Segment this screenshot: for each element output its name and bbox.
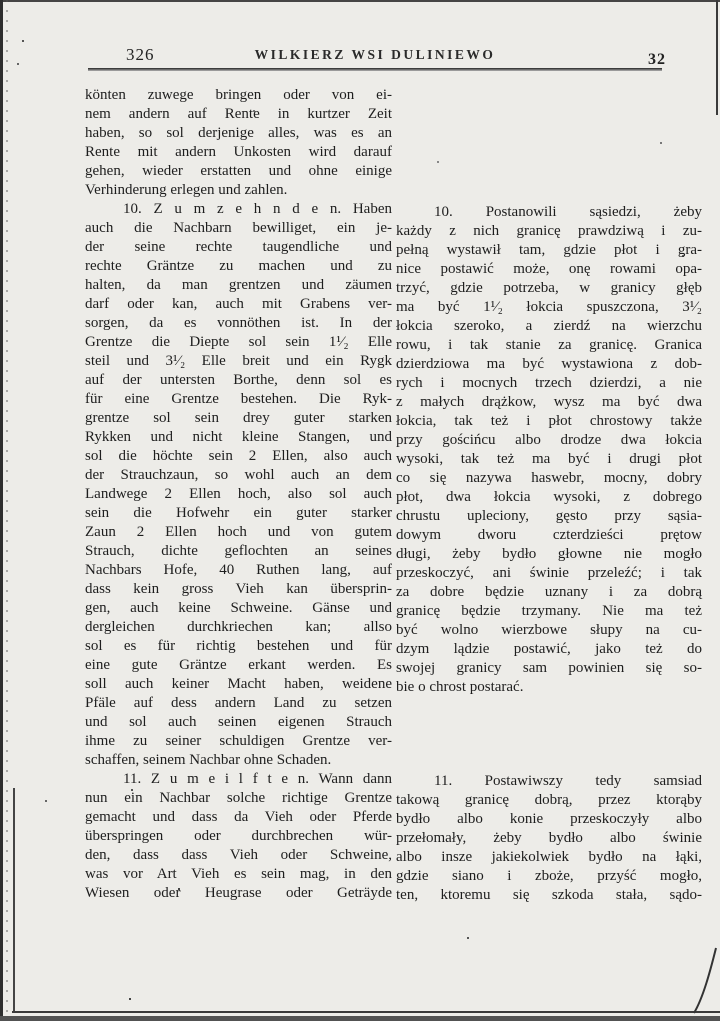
text-line: dergleichen durchkriechen kan; allso xyxy=(85,618,392,637)
text-line: 10. Postanowili sąsiedzi, żeby xyxy=(396,203,702,222)
text-line: Zaun 2 Ellen hoch und von gutem xyxy=(85,523,392,542)
text-line: chrustu upleciony, gęsto przy sąsia- xyxy=(396,507,702,526)
text-line: Landwege 2 Ellen hoch, also sol auch xyxy=(85,485,392,504)
text-line: rych i mocnych trzech dzierdzi, a nie xyxy=(396,374,702,393)
text-line: ma być 1¹⁄₂ łokcia spuszczona, 3¹⁄₂ xyxy=(396,298,702,317)
text-line: swojej granicy sam powinien się so- xyxy=(396,659,702,678)
page-number-right: 32 xyxy=(648,51,666,69)
text-line: sol die höchte sein 2 Ellen, also auch xyxy=(85,447,392,466)
text-line: Grentze die Diepte sol sein 1¹⁄₂ Elle xyxy=(85,333,392,352)
text-line: dzierdziowa ma być wystawiona z dob- xyxy=(396,355,702,374)
text-line: długi, żeby bydło głowne nie mogło xyxy=(396,545,702,564)
scan-edge-bottom-line xyxy=(12,1011,720,1013)
text-line: 10. Z u m z e h n d e n. Haben xyxy=(85,200,392,219)
text-line: auch die Nachbarn bewilliget, ein je- xyxy=(85,219,392,238)
text-line: płot, dwa łokcia wysoki, z dobrego xyxy=(396,488,702,507)
text-line: soll auch keiner Macht haben, weidene xyxy=(85,675,392,694)
text-line: schaffen, seinem Nachbar ohne Schaden. xyxy=(85,751,392,770)
header-rule xyxy=(88,68,662,71)
text-line: überspringen oder durchbrechen wür- xyxy=(85,827,392,846)
scan-edge-right xyxy=(716,0,718,115)
text-line: nice postawić może, onę rowami opa- xyxy=(396,260,702,279)
text-line: rechte Gräntze zu machen und zu xyxy=(85,257,392,276)
text-line: przełomały, żeby bydło albo świnie xyxy=(396,829,702,848)
text-line: sol es für richtig bestehen und für xyxy=(85,637,392,656)
text-line: pełną wystawił tam, gdzie płot i gra- xyxy=(396,241,702,260)
text-line: halten, da man grentzen und zäumen xyxy=(85,276,392,295)
scan-edge-left xyxy=(0,0,3,1021)
text-line: dowym dworu czterdzieści prętow xyxy=(396,526,702,545)
text-line: steil und 3¹⁄₂ Elle breit und ein Rygk xyxy=(85,352,392,371)
text-line: gemacht und dass da Vieh oder Pferde xyxy=(85,808,392,827)
scan-specks xyxy=(0,0,2,2)
polish-paragraph-11: 11. Postawiwszy tedy samsiadtakową grani… xyxy=(396,772,702,905)
text-line: 11. Postawiwszy tedy samsiad xyxy=(396,772,702,791)
text-line: Rente mit andern Unkosten wird darauf xyxy=(85,143,392,162)
text-line: być wolno wierzbowe słupy na cu- xyxy=(396,621,702,640)
text-line: der seine rechte taugendliche und xyxy=(85,238,392,257)
text-line: Pfäle auf dess andern Land zu setzen xyxy=(85,694,392,713)
text-line: Verhinderung erlegen und zahlen. xyxy=(85,181,392,200)
text-line: trzyć, gdzie potrzeba, w granicy głęb xyxy=(396,279,702,298)
text-line: was vor Art Vieh es sein mag, in den xyxy=(85,865,392,884)
text-line: könten zuwege bringen oder von ei- xyxy=(85,86,392,105)
text-line: łokcia, tak też i płot chrostowy także xyxy=(396,412,702,431)
scan-edge-left-speckle xyxy=(6,0,8,1021)
text-line: albo insze jakiekolwiek bydło na łąki, xyxy=(396,848,702,867)
german-paragraph-10: 10. Z u m z e h n d e n. Habenauch die N… xyxy=(85,200,392,770)
text-line: przeskoczyć, ani świnie przeleźć; i tak xyxy=(396,564,702,583)
text-line: und sol auch seinen eigenen Strauch xyxy=(85,713,392,732)
text-line: co się nazywa haswebr, mocny, dobry xyxy=(396,469,702,488)
scan-edge-left-inner-line xyxy=(13,788,15,1012)
text-line: z małych drążkow, wysz ma być dwa xyxy=(396,393,702,412)
text-line: grentze sol sein drey guter starken xyxy=(85,409,392,428)
polish-paragraph-10: 10. Postanowili sąsiedzi, żebykażdy z ni… xyxy=(396,203,702,697)
text-line: bydło albo konie przeskoczyły albo xyxy=(396,810,702,829)
text-line: darf oder kan, auch mit Grabens ver- xyxy=(85,295,392,314)
text-line: eine gute Gräntze erkant werden. Es xyxy=(85,656,392,675)
running-title: WILKIERZ WSI DULINIEWO xyxy=(88,47,662,63)
text-line: Rykken und nicht kleine Stangen, und xyxy=(85,428,392,447)
text-line: gdzie siano i zboże, przyść mogło, xyxy=(396,867,702,886)
text-line: łokcia szeroko, a zierdź na wierzchu xyxy=(396,317,702,336)
text-line: auf der untersten Borthe, denn sol es xyxy=(85,371,392,390)
text-line: każdy z nich granicę prawdziwą i zu- xyxy=(396,222,702,241)
text-line: wysoki, tak też ma być i drugi płot xyxy=(396,450,702,469)
text-line: den, dass dass Vieh oder Schweine, xyxy=(85,846,392,865)
scan-edge-bottom-band xyxy=(0,1016,720,1021)
text-line: przy gościńcu albo drodze dwa łokcia xyxy=(396,431,702,450)
text-line: sorgen, da es vonnöthen ist. In der xyxy=(85,314,392,333)
text-line: takową granicę dobrą, przez ktorąby xyxy=(396,791,702,810)
text-line: der Strauchzaun, so wohl auch an dem xyxy=(85,466,392,485)
text-line: dass kein gross Vieh kan übersprin- xyxy=(85,580,392,599)
text-line: nun ein Nachbar solche richtige Grentze xyxy=(85,789,392,808)
german-paragraph-intro: könten zuwege bringen oder von ei-nem an… xyxy=(85,86,392,200)
text-line: 11. Z u m e i l f t e n. Wann dann xyxy=(85,770,392,789)
text-line: bie o chrost postarać. xyxy=(396,678,702,697)
text-line: sein die Hofwehr ein guter starker xyxy=(85,504,392,523)
german-paragraph-11: 11. Z u m e i l f t e n. Wann dannnun ei… xyxy=(85,770,392,903)
text-line: rowu, i tak stanie za granicę. Granica xyxy=(396,336,702,355)
text-line: gen, auch keine Schweine. Gänse und xyxy=(85,599,392,618)
text-line: Strauch, dichte geflochten an seines xyxy=(85,542,392,561)
text-line: granicę będzie trzymany. Nie ma też xyxy=(396,602,702,621)
scan-edge-top xyxy=(0,0,720,2)
text-line: za dobre będzie uznany i za dobrą xyxy=(396,583,702,602)
text-line: ihme zu seiner schuldigen Grentze ver- xyxy=(85,732,392,751)
text-line: ten, ktoremu się szkoda stała, sądo- xyxy=(396,886,702,905)
text-line: nem andern auf Rente in kurtzer Zeit xyxy=(85,105,392,124)
text-line: dzym lądzie postawić, jako też do xyxy=(396,640,702,659)
text-line: Nachbars Hofe, 40 Ruthen lang, auf xyxy=(85,561,392,580)
text-line: für eine Grentze bestehen. Die Ryk- xyxy=(85,390,392,409)
text-line: haben, so sol derjenige alles, was es an xyxy=(85,124,392,143)
text-line: gehen, wieder erstatten und ohne einige xyxy=(85,162,392,181)
scanned-book-page: 326 WILKIERZ WSI DULINIEWO 32 könten zuw… xyxy=(0,0,720,1021)
text-line: Wiesen oder Heugrase oder Geträyde xyxy=(85,884,392,903)
